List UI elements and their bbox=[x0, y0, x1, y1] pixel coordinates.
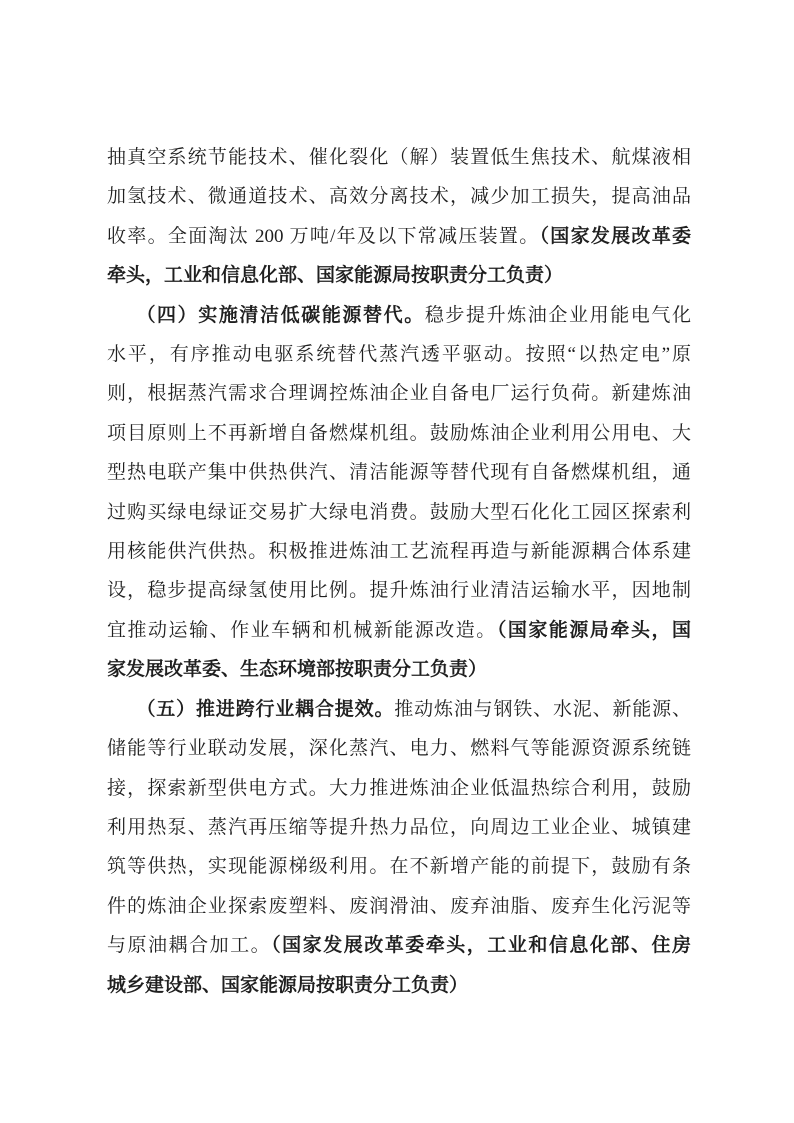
body-text-segment: 收率。全面淘汰 200 万吨/年及以下常减压装置。 bbox=[107, 226, 540, 247]
emphasis-text-segment: （国家能源局牵头，国 bbox=[497, 620, 691, 641]
body-text-segment: 宜推动运输、作业车辆和机械新能源改造。 bbox=[107, 620, 497, 641]
document-text-body: 抽真空系统节能技术、催化裂化（解）装置低生焦技术、航煤液相加氢技术、微通道技术、… bbox=[107, 138, 691, 1005]
body-text-segment: 利用热泵、蒸汽再压缩等提升热力品位，向周边工业企业、城镇建 bbox=[107, 817, 691, 838]
text-line: 与原油耦合加工。（国家发展改革委牵头，工业和信息化部、住房 bbox=[107, 926, 691, 965]
text-line: 储能等行业联动发展，深化蒸汽、电力、燃料气等能源资源系统链 bbox=[107, 729, 691, 768]
body-text-segment: 储能等行业联动发展，深化蒸汽、电力、燃料气等能源资源系统链 bbox=[107, 738, 691, 759]
body-text-segment: 加氢技术、微通道技术、高效分离技术，减少加工损失，提高油品 bbox=[107, 186, 691, 207]
body-text-segment: 与原油耦合加工。 bbox=[107, 935, 271, 956]
text-line: 抽真空系统节能技术、催化裂化（解）装置低生焦技术、航煤液相 bbox=[107, 138, 691, 177]
text-line: 城乡建设部、国家能源局按职责分工负责） bbox=[107, 966, 691, 1005]
text-line: 收率。全面淘汰 200 万吨/年及以下常减压装置。（国家发展改革委 bbox=[107, 217, 691, 256]
text-line: 牵头，工业和信息化部、国家能源局按职责分工负责） bbox=[107, 256, 691, 295]
body-text-segment: 项目原则上不再新增自备燃煤机组。鼓励炼油企业利用公用电、大 bbox=[107, 423, 691, 444]
emphasis-text-segment: 牵头，工业和信息化部、国家能源局按职责分工负责） bbox=[107, 265, 563, 286]
text-line: 家发展改革委、生态环境部按职责分工负责） bbox=[107, 650, 691, 689]
body-text-segment: 则，根据蒸汽需求合理调控炼油企业自备电厂运行负荷。新建炼油 bbox=[107, 383, 691, 404]
text-line: 筑等供热，实现能源梯级利用。在不新增产能的前提下，鼓励有条 bbox=[107, 847, 691, 886]
body-text-segment: 设，稳步提高绿氢使用比例。提升炼油行业清洁运输水平，因地制 bbox=[107, 580, 691, 601]
text-line: （四）实施清洁低碳能源替代。稳步提升炼油企业用能电气化 bbox=[107, 296, 691, 335]
emphasis-text-segment: 城乡建设部、国家能源局按职责分工负责） bbox=[107, 975, 468, 996]
emphasis-text-segment: （四）实施清洁低碳能源替代。 bbox=[136, 305, 424, 326]
text-line: 用核能供汽供热。积极推进炼油工艺流程再造与新能源耦合体系建 bbox=[107, 532, 691, 571]
body-text-segment: 用核能供汽供热。积极推进炼油工艺流程再造与新能源耦合体系建 bbox=[107, 541, 691, 562]
body-text-segment: 推动炼油与钢铁、水泥、新能源、 bbox=[394, 699, 691, 720]
text-line: 项目原则上不再新增自备燃煤机组。鼓励炼油企业利用公用电、大 bbox=[107, 414, 691, 453]
body-text-segment: 水平，有序推动电驱系统替代蒸汽透平驱动。按照“以热定电”原 bbox=[107, 344, 691, 365]
text-line: 接，探索新型供电方式。大力推进炼油企业低温热综合利用，鼓励 bbox=[107, 769, 691, 808]
text-line: 过购买绿电绿证交易扩大绿电消费。鼓励大型石化化工园区探索利 bbox=[107, 493, 691, 532]
text-line: 宜推动运输、作业车辆和机械新能源改造。（国家能源局牵头，国 bbox=[107, 611, 691, 650]
text-line: 利用热泵、蒸汽再压缩等提升热力品位，向周边工业企业、城镇建 bbox=[107, 808, 691, 847]
body-text-segment: 型热电联产集中供热供汽、清洁能源等替代现有自备燃煤机组，通 bbox=[107, 462, 691, 483]
emphasis-text-segment: （五）推进跨行业耦合提效。 bbox=[136, 699, 394, 720]
body-text-segment: 接，探索新型供电方式。大力推进炼油企业低温热综合利用，鼓励 bbox=[107, 778, 691, 799]
text-line: 则，根据蒸汽需求合理调控炼油企业自备电厂运行负荷。新建炼油 bbox=[107, 374, 691, 413]
text-line: 型热电联产集中供热供汽、清洁能源等替代现有自备燃煤机组，通 bbox=[107, 453, 691, 492]
text-line: （五）推进跨行业耦合提效。推动炼油与钢铁、水泥、新能源、 bbox=[107, 690, 691, 729]
body-text-segment: 件的炼油企业探索废塑料、废润滑油、废弃油脂、废弃生化污泥等 bbox=[107, 896, 691, 917]
body-text-segment: 筑等供热，实现能源梯级利用。在不新增产能的前提下，鼓励有条 bbox=[107, 856, 691, 877]
body-text-segment: 稳步提升炼油企业用能电气化 bbox=[425, 305, 691, 326]
emphasis-text-segment: （国家发展改革委牵头，工业和信息化部、住房 bbox=[271, 935, 691, 956]
body-text-segment: 过购买绿电绿证交易扩大绿电消费。鼓励大型石化化工园区探索利 bbox=[107, 502, 691, 523]
emphasis-text-segment: 家发展改革委、生态环境部按职责分工负责） bbox=[107, 659, 487, 680]
emphasis-text-segment: （国家发展改革委 bbox=[540, 226, 691, 247]
text-line: 加氢技术、微通道技术、高效分离技术，减少加工损失，提高油品 bbox=[107, 177, 691, 216]
text-line: 设，稳步提高绿氢使用比例。提升炼油行业清洁运输水平，因地制 bbox=[107, 571, 691, 610]
text-line: 件的炼油企业探索废塑料、废润滑油、废弃油脂、废弃生化污泥等 bbox=[107, 887, 691, 926]
body-text-segment: 抽真空系统节能技术、催化裂化（解）装置低生焦技术、航煤液相 bbox=[107, 147, 691, 168]
text-line: 水平，有序推动电驱系统替代蒸汽透平驱动。按照“以热定电”原 bbox=[107, 335, 691, 374]
document-page: 抽真空系统节能技术、催化裂化（解）装置低生焦技术、航煤液相加氢技术、微通道技术、… bbox=[0, 0, 794, 1123]
